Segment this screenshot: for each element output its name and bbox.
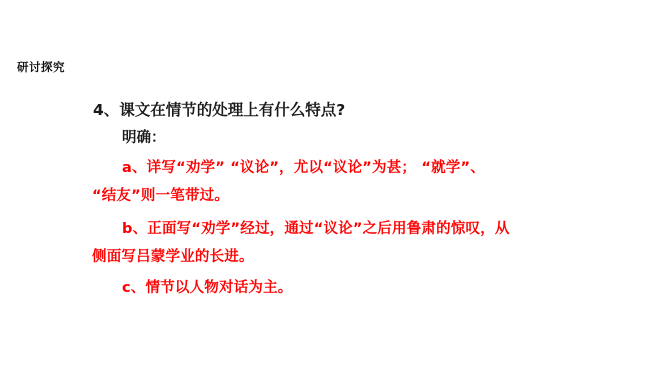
- answer-b-line-1: b、正面写“劝学”经过，通过“议论”之后用鲁肃的惊叹，从: [122, 217, 510, 238]
- answer-b-line-2: 侧面写吕蒙学业的长进。: [92, 245, 254, 266]
- answer-label: 明确：: [122, 126, 166, 147]
- answer-a-line-1: a、详写“劝学” “议论”，尤以“议论”为甚； “就学”、: [122, 156, 485, 177]
- section-label: 研讨探究: [17, 59, 65, 75]
- question-heading: 4、课文在情节的处理上有什么特点?: [93, 98, 345, 120]
- answer-c-line-1: c、情节以人物对话为主。: [122, 276, 293, 297]
- answer-a-line-2: “结友”则一笔带过。: [92, 184, 229, 205]
